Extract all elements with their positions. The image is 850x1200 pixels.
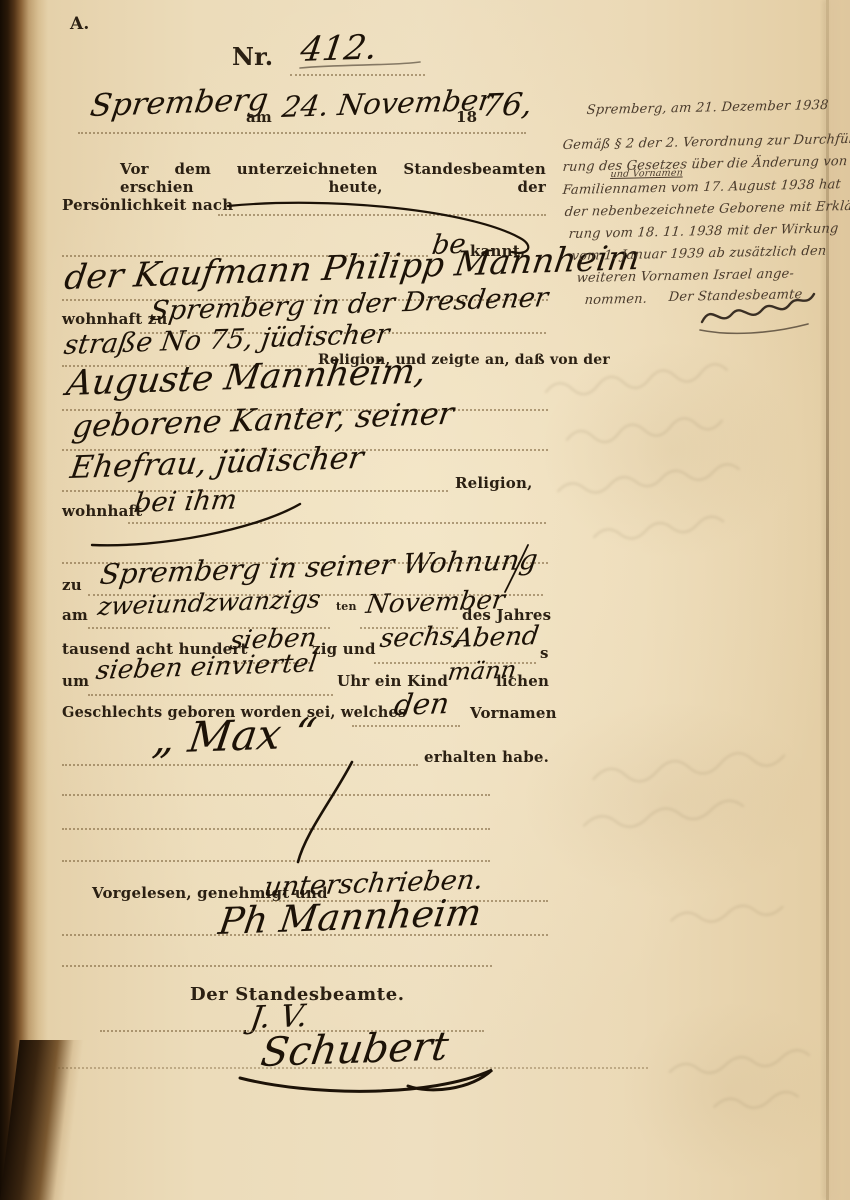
dotted-line: [218, 212, 546, 216]
persoenlichkeit-line: Persönlichkeit nach: [62, 196, 233, 214]
am2-printed: am: [62, 606, 88, 624]
um-printed: um: [62, 672, 89, 690]
registration-place: Spremberg: [88, 82, 271, 124]
vornamen-printed: Vornamen: [470, 704, 557, 722]
bei-ihm-written: bei ihm: [132, 484, 239, 519]
paper-stain: [540, 340, 800, 560]
ten-suffix-printed: ten: [336, 600, 357, 613]
margin-note-line: rung vom 18. 11. 1938 mit der Wirkung: [568, 221, 839, 242]
margin-note-line: rung des Gesetzes über die Änderung von: [562, 154, 848, 175]
child-name: „ Max “: [150, 708, 319, 763]
zig-und-printed: zig und: [312, 640, 376, 658]
margin-note-line: nommen.: [584, 292, 648, 308]
margin-note-closing: Der Standesbeamte: [668, 287, 803, 305]
dotted-line: [62, 932, 548, 936]
dotted-line: [58, 1065, 648, 1069]
zu-printed: zu: [62, 576, 82, 594]
dotted-line: [62, 488, 448, 492]
margin-note-date: Spremberg, am 21. Dezember 1938: [586, 98, 829, 118]
wohnhaft-printed: wohnhaft: [62, 502, 142, 520]
abend-written: Abend: [452, 621, 541, 654]
flourish-blank-lines: [298, 762, 352, 862]
dotted-line: [62, 963, 492, 967]
dotted-line: [62, 762, 418, 766]
margin-note-line: Gemäß § 2 der 2. Verordnung zur Durchfüh…: [562, 132, 850, 153]
book-binding-edge: [0, 0, 48, 1200]
margin-note-line: Familiennamen vom 17. August 1938 hat: [562, 177, 841, 198]
s-suffix-printed: s: [540, 644, 549, 662]
dotted-line: [88, 692, 333, 696]
margin-note-insertion: und Vornamen: [610, 167, 683, 180]
record-number-value: 412.: [298, 27, 380, 70]
printed-year-prefix: 18: [456, 108, 477, 126]
paper-stain: [620, 1000, 840, 1180]
corner-label: A.: [70, 14, 90, 34]
register-page: A. Nr. 412. Spremberg am 24. November 18…: [0, 0, 850, 1200]
mother-birthname: geborene Kanter, seiner: [70, 396, 456, 445]
margin-note-line: der nebenbezeichnete Geborene mit Erklä-: [564, 199, 850, 220]
dotted-line: [290, 72, 425, 76]
margin-note-line: weiteren Vornamen Israel ange-: [576, 266, 795, 286]
printed-am: am: [246, 108, 272, 126]
dotted-line: [128, 520, 546, 524]
unit-written: sechs,: [378, 621, 464, 654]
dotted-line: [78, 130, 526, 134]
dotted-line: [352, 723, 460, 727]
mother-name: Auguste Mannheim,: [64, 352, 429, 404]
intro-line: Vor dem unterzeichneten Standesbeamten e…: [120, 160, 546, 196]
time-written: sieben einviertel: [94, 648, 319, 686]
den-written: den: [392, 686, 452, 722]
religion-printed-2: Religion,: [455, 474, 533, 492]
erhalten-habe-printed: erhalten habe.: [424, 748, 549, 766]
registration-year: 76,: [480, 86, 535, 124]
record-number-label: Nr.: [232, 42, 273, 71]
paper-stain: [520, 700, 820, 900]
dotted-line: [62, 826, 490, 830]
lichen-printed: lichen: [496, 672, 549, 690]
registrar-1938-signature-underline: [700, 324, 808, 333]
dotted-line: [62, 792, 490, 796]
dotted-line: [62, 858, 490, 862]
